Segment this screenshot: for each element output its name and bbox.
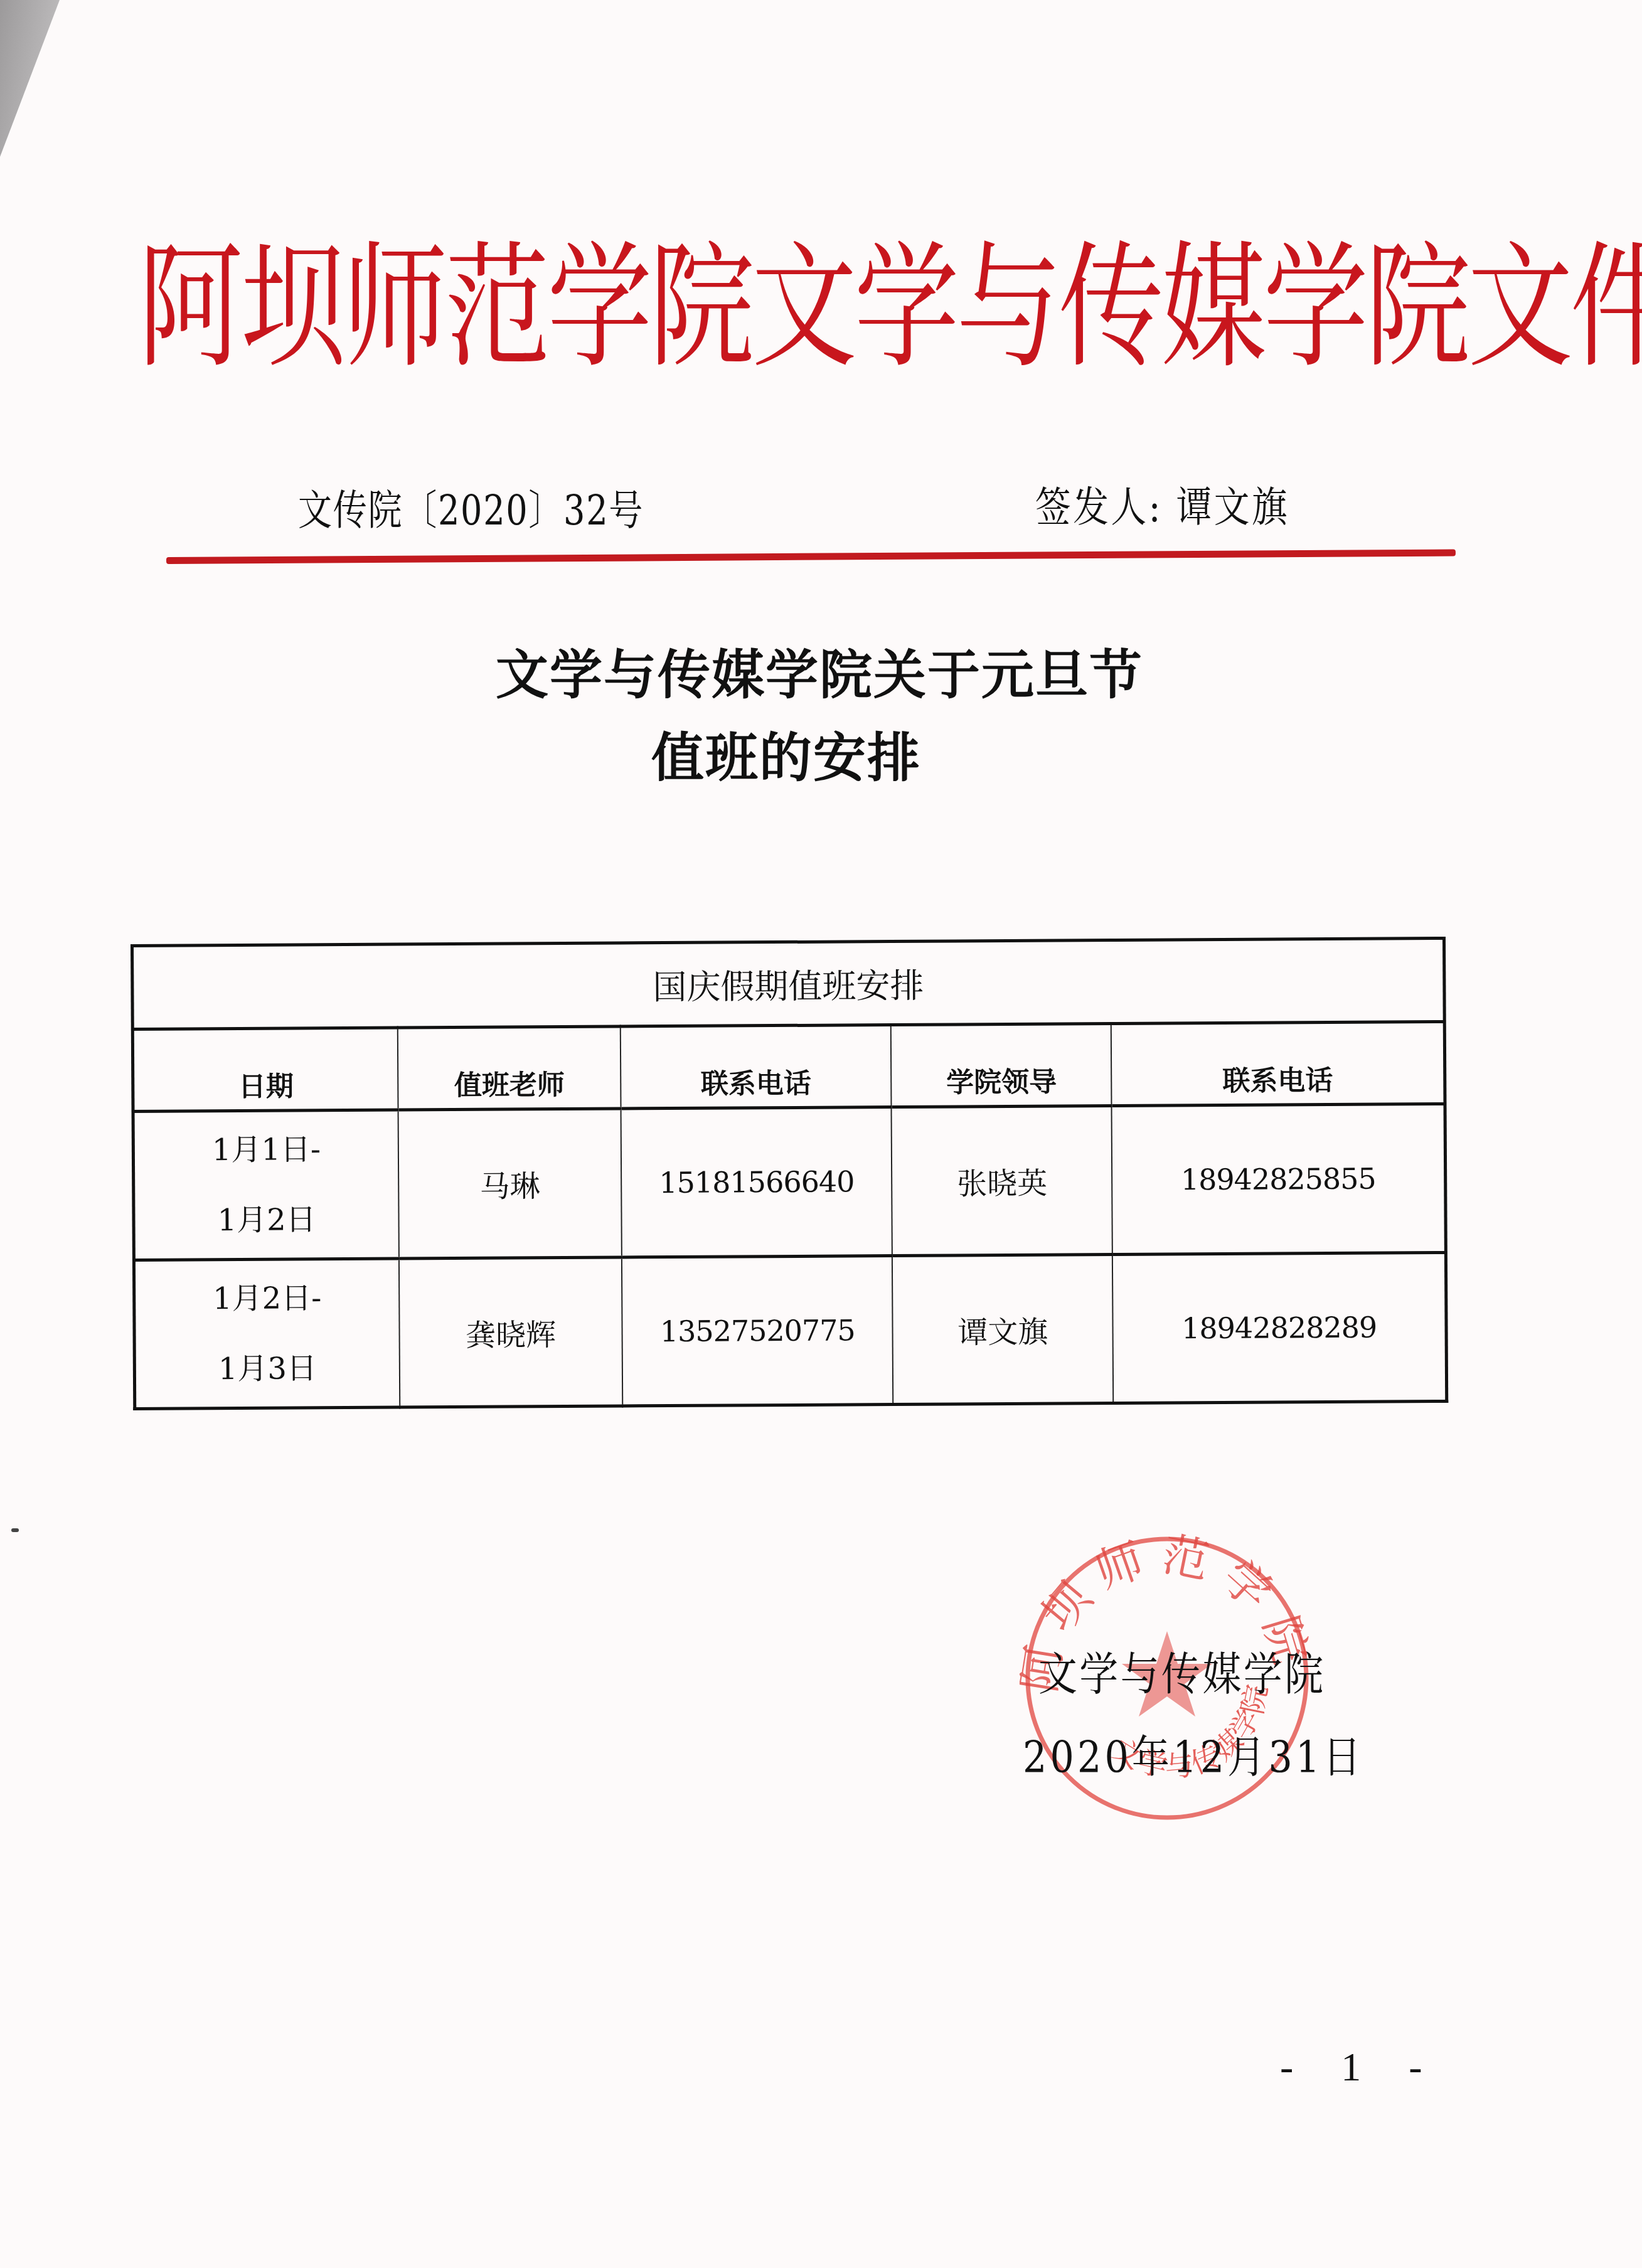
teacher-phone-cell: 13527520775: [622, 1256, 893, 1406]
teacher-phone-cell: 15181566640: [621, 1107, 892, 1257]
column-header-leader-phone: 联系电话: [1111, 1021, 1445, 1105]
column-header-teacher-phone: 联系电话: [621, 1025, 892, 1109]
teacher-cell: 龚晓辉: [399, 1257, 622, 1407]
column-header-leader: 学院领导: [891, 1023, 1112, 1107]
document-title-line2: 值班的安排: [496, 716, 1143, 799]
signer-name: 谭文旗: [1176, 483, 1290, 531]
signer: 签发人: 谭文旗: [1035, 474, 1289, 533]
date-end: 1月2日: [135, 1185, 398, 1256]
duty-schedule-table: 国庆假期值班安排 日期 值班老师 联系电话 学院领导 联系电话 1月1日- 1月…: [131, 937, 1448, 1410]
teacher-cell: 马琳: [398, 1109, 622, 1259]
date-start: 1月1日-: [135, 1114, 398, 1186]
red-divider-rule: [166, 549, 1456, 564]
signing-date: 2020年12月31日: [1023, 1722, 1364, 1786]
date-cell: 1月1日- 1月2日: [133, 1110, 399, 1260]
scan-shadow: [0, 0, 75, 163]
signing-organization: 文学与传媒学院: [1038, 1637, 1326, 1703]
leader-cell: 张晓英: [892, 1105, 1112, 1255]
document-title: 文学与传媒学院关于元旦节 值班的安排: [496, 634, 1143, 799]
document-title-line1: 文学与传媒学院关于元旦节: [496, 644, 1143, 706]
signer-label: 签发人:: [1035, 483, 1163, 531]
scan-speck: [11, 1528, 19, 1532]
date-start: 1月2日-: [136, 1263, 399, 1334]
table-row: 1月1日- 1月2日 马琳 15181566640 张晓英 1894282585…: [133, 1104, 1446, 1260]
table-caption: 国庆假期值班安排: [132, 938, 1445, 1029]
leader-phone-cell: 18942825855: [1112, 1104, 1446, 1254]
date-end: 1月3日: [136, 1333, 400, 1405]
column-header-date: 日期: [132, 1028, 398, 1111]
leader-phone-cell: 18942828289: [1112, 1252, 1447, 1403]
institution-title: 阿坝师范学院文学与传媒学院文件: [138, 226, 1190, 389]
column-header-teacher: 值班老师: [398, 1026, 621, 1110]
table-row: 1月2日- 1月3日 龚晓辉 13527520775 谭文旗 189428282…: [134, 1252, 1446, 1408]
leader-cell: 谭文旗: [892, 1254, 1113, 1404]
date-cell: 1月2日- 1月3日: [134, 1259, 400, 1408]
page-number: - 1 -: [1280, 2044, 1441, 2090]
document-number: 文传院〔2020〕32号: [298, 477, 644, 536]
